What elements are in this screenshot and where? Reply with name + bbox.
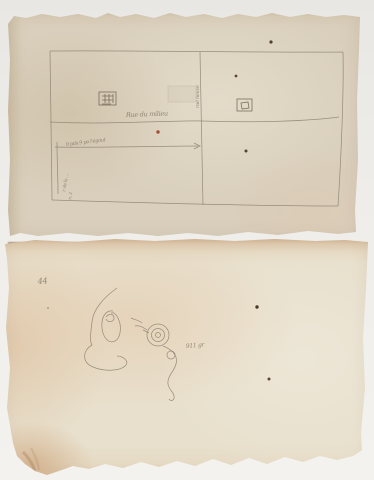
hatched-square-right: [237, 99, 252, 111]
inventory-mark: 911 gr: [186, 341, 206, 350]
handwritten-annotations-bottom: 44 911 gr: [36, 276, 205, 350]
corner-stain-streaks: [23, 448, 39, 472]
margin-note-line2: n. 3: [67, 192, 74, 201]
plan-drawing-svg: Rue du milieu rue neuve 9 pds 9 po l'égo…: [8, 10, 360, 239]
margin-note-line1: r. de la …: [61, 172, 70, 192]
foxing-spots-top: [156, 40, 359, 218]
erased-smudge: [168, 86, 196, 102]
corner-number: 44: [36, 276, 48, 286]
hatched-square-left: [99, 92, 116, 105]
measure-note: 9 pds 9 po l'égout: [65, 136, 107, 148]
street-name-vertical: rue neuve: [195, 85, 201, 108]
foxing-spots-bottom: [47, 305, 271, 380]
street-name-center: Rue du milieu: [125, 110, 168, 119]
plan-outline: [50, 51, 343, 206]
pencil-doodle: [85, 288, 177, 400]
bottom-paper-sheet: 44 911 gr: [5, 238, 368, 478]
doodle-svg: 44 911 gr: [5, 238, 368, 478]
scanned-drawing: Rue du milieu rue neuve 9 pds 9 po l'égo…: [0, 0, 374, 480]
measure-arrow-line: [55, 142, 200, 194]
top-paper-sheet: Rue du milieu rue neuve 9 pds 9 po l'égo…: [8, 10, 360, 239]
